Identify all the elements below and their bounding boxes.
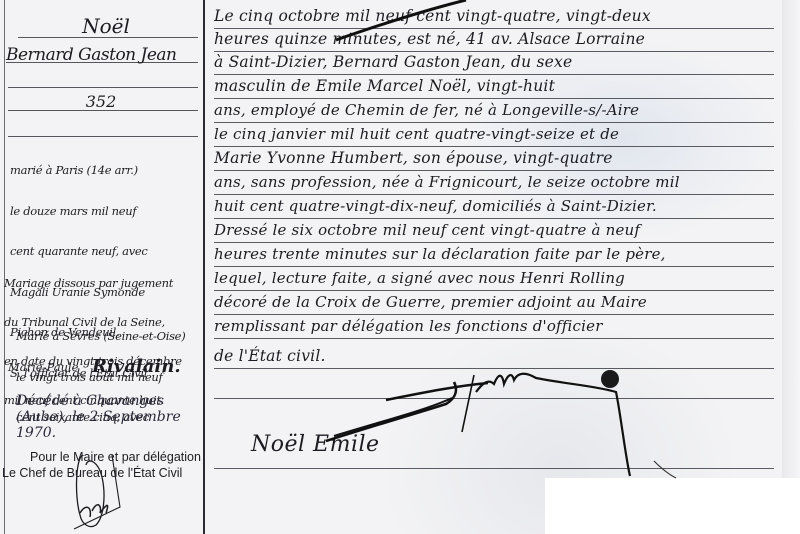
marriage-note-line: le douze mars mil neuf [10, 205, 148, 219]
margin-given-names: Bernard Gaston Jean [6, 45, 202, 65]
body-line: ans, sans profession, née à Frignicourt,… [214, 172, 774, 195]
body-line: lequel, lecture faite, a signé avec nous… [214, 268, 774, 291]
death-note-line: (Aube), le 2 Septembre [16, 409, 181, 425]
second-spouse-first-names: Marie-Paule [8, 360, 78, 374]
record-number: 352 [66, 92, 136, 111]
second-marriage-line: Marié à Sèvres (Seine-et-Oise) [16, 330, 185, 344]
death-note: Décédé à Chavanges(Aube), le 2 Septembre… [16, 393, 181, 441]
death-note-line: 1970. [16, 425, 181, 441]
body-line: ans, employé de Chemin de fer, né à Long… [214, 100, 774, 123]
body-line: heures trente minutes sur la déclaration… [214, 244, 774, 267]
declarant-signature: Noël Emile [251, 432, 380, 457]
second-spouse-surname: Rivalain. [92, 356, 181, 377]
rule [8, 87, 198, 88]
body-line: de l'État civil. [214, 346, 774, 369]
body-line: le cinq janvier mil huit cent quatre-vin… [214, 124, 774, 147]
body-line: à Saint-Dizier, Bernard Gaston Jean, du … [214, 52, 774, 75]
body-line: heures quinze minutes, est né, 41 av. Al… [214, 29, 774, 52]
margin-surname: Noël [46, 14, 166, 38]
rule [8, 110, 198, 111]
divorce-note-line: Mariage dissous par jugement [4, 277, 182, 290]
body-line: Le cinq octobre mil neuf cent vingt-quat… [214, 6, 774, 29]
margin-column: Noël Bernard Gaston Jean 352 marié à Par… [6, 0, 202, 534]
official-signature-icon [66, 455, 146, 534]
rule [214, 398, 774, 399]
rule [214, 468, 774, 469]
body-line: Marie Yvonne Humbert, son épouse, vingt-… [214, 148, 774, 171]
body-line: Dressé le six octobre mil neuf cent ving… [214, 220, 774, 243]
margin-divider-line [203, 0, 205, 534]
body-line: décoré de la Croix de Guerre, premier ad… [214, 292, 774, 315]
body-line: remplissant par délégation les fonctions… [214, 316, 774, 339]
death-note-line: Décédé à Chavanges [16, 393, 181, 409]
body-line: huit cent quatre-vingt-dix-neuf, domicil… [214, 196, 774, 219]
marriage-note-line: marié à Paris (14e arr.) [10, 164, 148, 178]
body-line: masculin de Emile Marcel Noël, vingt-hui… [214, 76, 774, 99]
record-body: Le cinq octobre mil neuf cent vingt-quat… [206, 0, 786, 534]
